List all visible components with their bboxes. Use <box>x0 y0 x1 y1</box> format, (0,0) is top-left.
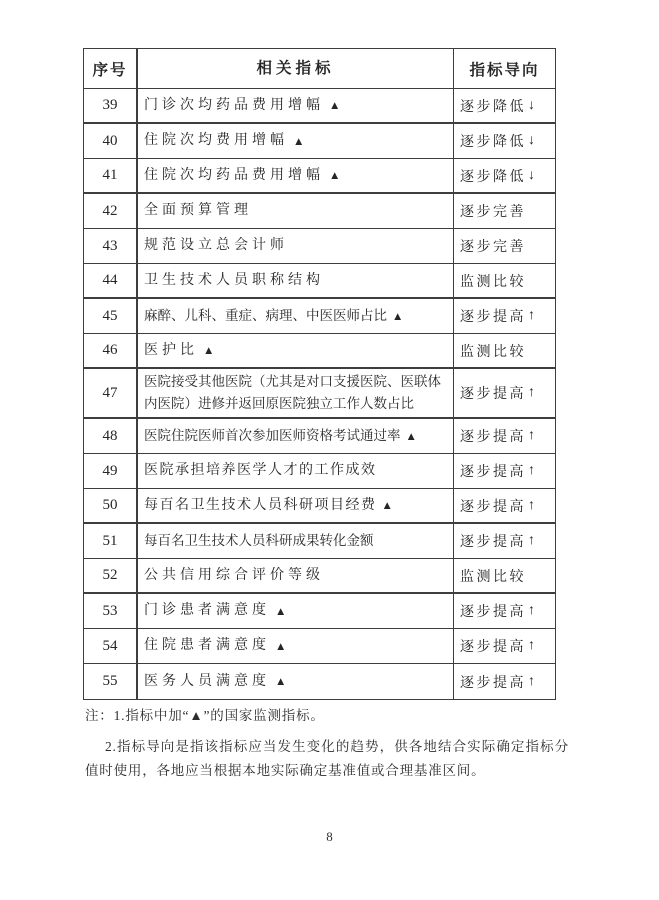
row-direction: 监测比较 <box>454 264 555 297</box>
row-direction-text: 逐步提高 <box>460 496 526 516</box>
table-row: 46 医护比▲ 监测比较 <box>84 334 555 369</box>
row-indicator-text: 卫生技术人员职称结构 <box>144 270 324 292</box>
row-direction: 逐步提高↑ <box>454 664 555 699</box>
row-number: 50 <box>84 489 136 522</box>
table-header: 序号 相关指标 指标导向 <box>84 49 555 89</box>
row-number: 47 <box>84 369 136 417</box>
row-indicator: 每百名卫生技术人员科研项目经费▲ <box>136 489 454 522</box>
indicator-table: 序号 相关指标 指标导向 39 门诊次均药品费用增幅▲ 逐步降低↓ 40 住院次… <box>83 48 556 700</box>
table-row: 42 全面预算管理 逐步完善 <box>84 194 555 229</box>
row-direction: 监测比较 <box>454 334 555 367</box>
row-direction-text: 逐步提高 <box>460 531 526 551</box>
row-number: 42 <box>84 194 136 228</box>
national-monitor-triangle-marker: ▲ <box>406 426 417 448</box>
row-direction-text: 逐步提高 <box>460 601 526 621</box>
row-indicator-text: 麻醉、儿科、重症、病理、中医医师占比 <box>144 305 387 327</box>
row-direction-text: 逐步提高 <box>460 672 526 692</box>
row-indicator-text: 住院次均药品费用增幅 <box>144 165 324 187</box>
row-indicator-text: 住院患者满意度 <box>144 635 270 657</box>
row-indicator: 医院承担培养医学人才的工作成效 <box>136 454 454 488</box>
row-number: 41 <box>84 159 136 192</box>
row-indicator: 每百名卫生技术人员科研成果转化金额 <box>136 524 454 558</box>
table-row: 54 住院患者满意度▲ 逐步提高↑ <box>84 629 555 664</box>
row-direction-text: 监测比较 <box>460 341 526 361</box>
row-indicator: 麻醉、儿科、重症、病理、中医医师占比▲ <box>136 299 454 333</box>
row-direction-text: 逐步提高 <box>460 636 526 656</box>
table-row: 45 麻醉、儿科、重症、病理、中医医师占比▲ 逐步提高↑ <box>84 299 555 334</box>
row-direction: 逐步提高↑ <box>454 369 555 417</box>
row-indicator-text: 门诊患者满意度 <box>144 600 270 622</box>
row-indicator: 医务人员满意度▲ <box>136 664 454 699</box>
trend-arrow: ↑ <box>528 638 535 654</box>
row-direction: 逐步降低↓ <box>454 124 555 158</box>
trend-arrow: ↑ <box>528 385 535 401</box>
row-number: 54 <box>84 629 136 663</box>
row-indicator: 住院次均费用增幅▲ <box>136 124 454 158</box>
row-number: 46 <box>84 334 136 367</box>
row-indicator-text: 住院次均费用增幅 <box>144 130 288 152</box>
row-number: 51 <box>84 524 136 558</box>
row-direction-text: 逐步完善 <box>460 236 526 256</box>
row-number: 44 <box>84 264 136 297</box>
row-direction: 逐步降低↓ <box>454 89 555 122</box>
row-indicator: 住院患者满意度▲ <box>136 629 454 663</box>
header-cell-indicator: 相关指标 <box>136 49 454 88</box>
national-monitor-triangle-marker: ▲ <box>203 340 214 362</box>
row-number: 52 <box>84 559 136 592</box>
trend-arrow: ↑ <box>528 428 535 444</box>
row-direction: 监测比较 <box>454 559 555 592</box>
row-indicator-text: 医院接受其他医院（尤其是对口支援医院、医联体内医院）进修并返回原医院独立工作人数… <box>144 371 447 415</box>
table-row: 50 每百名卫生技术人员科研项目经费▲ 逐步提高↑ <box>84 489 555 524</box>
row-number: 43 <box>84 229 136 263</box>
trend-arrow: ↑ <box>528 308 535 324</box>
row-number: 55 <box>84 664 136 699</box>
national-monitor-triangle-marker: ▲ <box>382 495 393 517</box>
row-indicator-text: 医务人员满意度 <box>144 671 270 693</box>
table-row: 51 每百名卫生技术人员科研成果转化金额 逐步提高↑ <box>84 524 555 559</box>
row-direction-text: 逐步降低 <box>460 131 526 151</box>
row-direction: 逐步提高↑ <box>454 419 555 453</box>
table-row: 39 门诊次均药品费用增幅▲ 逐步降低↓ <box>84 89 555 124</box>
row-direction: 逐步降低↓ <box>454 159 555 192</box>
national-monitor-triangle-marker: ▲ <box>392 306 403 328</box>
header-cell-number: 序号 <box>84 49 136 88</box>
row-direction-text: 逐步提高 <box>460 306 526 326</box>
row-indicator-text: 公共信用综合评价等级 <box>144 565 324 587</box>
trend-arrow: ↑ <box>528 603 535 619</box>
table-row: 48 医院住院医师首次参加医师资格考试通过率▲ 逐步提高↑ <box>84 419 555 454</box>
row-indicator: 门诊患者满意度▲ <box>136 594 454 628</box>
row-direction-text: 监测比较 <box>460 566 526 586</box>
table-row: 44 卫生技术人员职称结构 监测比较 <box>84 264 555 299</box>
row-indicator-text: 每百名卫生技术人员科研项目经费 <box>144 495 377 517</box>
row-indicator-text: 医院承担培养医学人才的工作成效 <box>144 460 377 482</box>
row-number: 53 <box>84 594 136 628</box>
trend-arrow: ↑ <box>528 463 535 479</box>
row-number: 45 <box>84 299 136 333</box>
national-monitor-triangle-marker: ▲ <box>275 671 286 693</box>
row-indicator: 医院住院医师首次参加医师资格考试通过率▲ <box>136 419 454 453</box>
row-indicator: 卫生技术人员职称结构 <box>136 264 454 297</box>
row-direction: 逐步提高↑ <box>454 524 555 558</box>
row-indicator: 全面预算管理 <box>136 194 454 228</box>
table-row: 53 门诊患者满意度▲ 逐步提高↑ <box>84 594 555 629</box>
table-row: 41 住院次均药品费用增幅▲ 逐步降低↓ <box>84 159 555 194</box>
row-direction: 逐步提高↑ <box>454 594 555 628</box>
row-indicator: 医院接受其他医院（尤其是对口支援医院、医联体内医院）进修并返回原医院独立工作人数… <box>136 369 454 417</box>
row-direction-text: 逐步降低 <box>460 96 526 116</box>
table-row: 43 规范设立总会计师 逐步完善 <box>84 229 555 264</box>
trend-arrow: ↓ <box>528 168 535 184</box>
trend-arrow: ↑ <box>528 498 535 514</box>
note-2: 2.指标导向是指该指标应当发生变化的趋势，供各地结合实际确定指标分值时使用，各地… <box>85 735 569 783</box>
row-indicator: 医护比▲ <box>136 334 454 367</box>
trend-arrow: ↓ <box>528 98 535 114</box>
row-indicator: 公共信用综合评价等级 <box>136 559 454 592</box>
row-indicator: 门诊次均药品费用增幅▲ <box>136 89 454 122</box>
row-indicator: 规范设立总会计师 <box>136 229 454 263</box>
row-indicator-text: 规范设立总会计师 <box>144 235 288 257</box>
table-header-row: 序号 相关指标 指标导向 <box>84 49 555 89</box>
indicator-table-body: 39 门诊次均药品费用增幅▲ 逐步降低↓ 40 住院次均费用增幅▲ 逐步降低↓ … <box>84 89 555 699</box>
header-cell-direction: 指标导向 <box>454 49 555 88</box>
row-direction-text: 逐步提高 <box>460 383 526 403</box>
row-direction-text: 逐步完善 <box>460 201 526 221</box>
national-monitor-triangle-marker: ▲ <box>275 601 286 623</box>
table-row: 49 医院承担培养医学人才的工作成效 逐步提高↑ <box>84 454 555 489</box>
row-indicator-text: 医院住院医师首次参加医师资格考试通过率 <box>144 425 401 447</box>
row-direction: 逐步完善 <box>454 194 555 228</box>
row-indicator: 住院次均药品费用增幅▲ <box>136 159 454 192</box>
document-page: 序号 相关指标 指标导向 39 门诊次均药品费用增幅▲ 逐步降低↓ 40 住院次… <box>0 0 659 900</box>
national-monitor-triangle-marker: ▲ <box>329 165 340 187</box>
row-number: 49 <box>84 454 136 488</box>
row-direction: 逐步提高↑ <box>454 299 555 333</box>
national-monitor-triangle-marker: ▲ <box>275 636 286 658</box>
row-indicator-text: 每百名卫生技术人员科研成果转化金额 <box>144 530 374 552</box>
row-indicator-text: 全面预算管理 <box>144 200 252 222</box>
table-row: 47 医院接受其他医院（尤其是对口支援医院、医联体内医院）进修并返回原医院独立工… <box>84 369 555 419</box>
row-indicator-text: 门诊次均药品费用增幅 <box>144 95 324 117</box>
row-direction: 逐步提高↑ <box>454 454 555 488</box>
row-direction-text: 逐步提高 <box>460 426 526 446</box>
note-1: 注：1.指标中加“▲”的国家监测指标。 <box>85 704 569 728</box>
national-monitor-triangle-marker: ▲ <box>293 131 304 153</box>
row-number: 40 <box>84 124 136 158</box>
national-monitor-triangle-marker: ▲ <box>329 95 340 117</box>
table-row: 52 公共信用综合评价等级 监测比较 <box>84 559 555 594</box>
row-number: 39 <box>84 89 136 122</box>
trend-arrow: ↓ <box>528 133 535 149</box>
page-number: 8 <box>0 829 659 845</box>
trend-arrow: ↑ <box>528 674 535 690</box>
table-row: 40 住院次均费用增幅▲ 逐步降低↓ <box>84 124 555 159</box>
trend-arrow: ↑ <box>528 533 535 549</box>
row-indicator-text: 医护比 <box>144 340 198 362</box>
table-row: 55 医务人员满意度▲ 逐步提高↑ <box>84 664 555 699</box>
row-direction-text: 逐步降低 <box>460 166 526 186</box>
row-number: 48 <box>84 419 136 453</box>
row-direction-text: 监测比较 <box>460 271 526 291</box>
row-direction: 逐步提高↑ <box>454 489 555 522</box>
row-direction: 逐步完善 <box>454 229 555 263</box>
row-direction-text: 逐步提高 <box>460 461 526 481</box>
notes-section: 注：1.指标中加“▲”的国家监测指标。 2.指标导向是指该指标应当发生变化的趋势… <box>85 704 569 783</box>
row-direction: 逐步提高↑ <box>454 629 555 663</box>
